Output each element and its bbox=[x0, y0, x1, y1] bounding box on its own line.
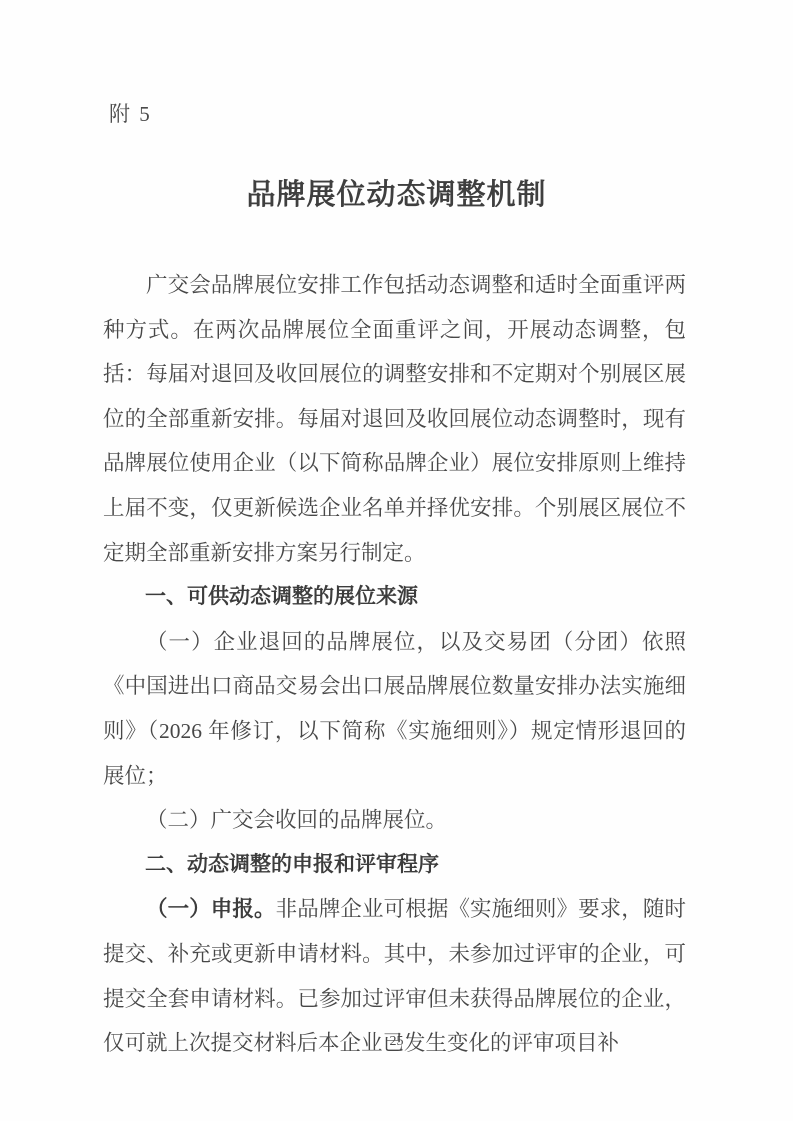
document-page: 附 5 品牌展位动态调整机制 广交会品牌展位安排工作包括动态调整和适时全面重评两… bbox=[0, 0, 793, 1121]
paragraph-apply-lead: （一）申报。 bbox=[146, 897, 276, 921]
list-item-2: （二）广交会收回的品牌展位。 bbox=[103, 798, 686, 843]
attachment-label: 附 5 bbox=[109, 98, 152, 128]
section-heading-2: 二、动态调整的申报和评审程序 bbox=[103, 843, 686, 888]
document-title: 品牌展位动态调整机制 bbox=[0, 172, 793, 213]
page-number: 25 bbox=[0, 1034, 793, 1050]
document-body: 广交会品牌展位安排工作包括动态调整和适时全面重评两种方式。在两次品牌展位全面重评… bbox=[103, 263, 686, 1066]
section-heading-1: 一、可供动态调整的展位来源 bbox=[103, 575, 686, 620]
list-item-1: （一）企业退回的品牌展位，以及交易团（分团）依照《中国进出口商品交易会出口展品牌… bbox=[103, 620, 686, 798]
paragraph-intro: 广交会品牌展位安排工作包括动态调整和适时全面重评两种方式。在两次品牌展位全面重评… bbox=[103, 263, 686, 575]
